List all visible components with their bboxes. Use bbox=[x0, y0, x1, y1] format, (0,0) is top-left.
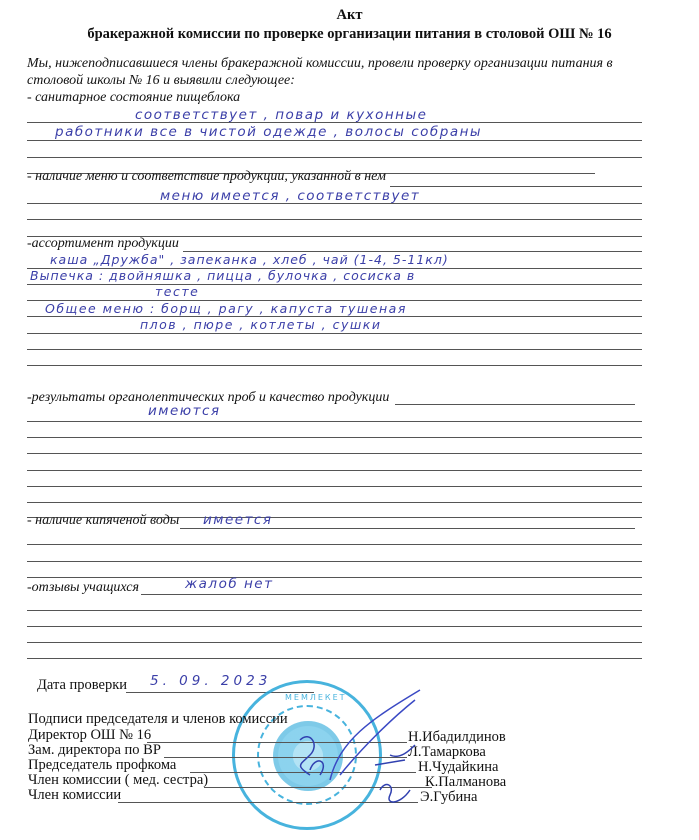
form-line bbox=[27, 157, 642, 158]
signature-role-member: Член комиссии bbox=[28, 787, 121, 804]
sanitary-handwritten-2: работники все в чистой одежде , волосы с… bbox=[55, 124, 482, 140]
form-line bbox=[27, 365, 642, 366]
signatures-heading: Подписи председателя и членов комиссии bbox=[28, 711, 288, 728]
form-line bbox=[27, 421, 642, 422]
form-line bbox=[27, 140, 642, 141]
date-value: 5. 09. 2023 bbox=[150, 673, 271, 689]
form-line bbox=[27, 502, 642, 503]
menu-handwritten: меню имеется , соответствует bbox=[160, 188, 420, 204]
form-line bbox=[180, 528, 635, 529]
assortment-handwritten-1: каша „Дружба" , запеканка , хлеб , чай (… bbox=[50, 252, 449, 267]
assortment-label: -ассортимент продукции bbox=[27, 236, 179, 252]
document-title: Акт bbox=[0, 7, 699, 24]
form-line bbox=[27, 437, 642, 438]
water-label: - наличие кипяченой воды bbox=[27, 513, 179, 529]
form-line bbox=[141, 594, 642, 595]
form-line bbox=[27, 486, 642, 487]
menu-label: - наличие меню и соответствие продукции,… bbox=[27, 169, 386, 185]
assortment-handwritten-3: тесте bbox=[155, 284, 199, 299]
assortment-handwritten-2: Выпечка : двойняшка , пицца , булочка , … bbox=[30, 268, 415, 283]
form-line bbox=[27, 219, 642, 220]
form-line bbox=[27, 577, 642, 578]
assortment-handwritten-5: плов , пюре , котлеты , сушки bbox=[140, 317, 381, 332]
document-subtitle: бракеражной комиссии по проверке организ… bbox=[0, 26, 699, 43]
form-line bbox=[395, 404, 635, 405]
form-line bbox=[27, 284, 642, 285]
assortment-handwritten-4: Общее меню : борщ , рагу , капуста тушен… bbox=[45, 301, 407, 316]
intro-line-1: Мы, нижеподписавшиеся члены бракеражной … bbox=[27, 56, 613, 72]
form-line bbox=[390, 186, 642, 187]
sanitary-handwritten-1: соответствует , повар и кухонные bbox=[135, 107, 427, 123]
form-line bbox=[27, 544, 642, 545]
form-line bbox=[27, 658, 642, 659]
feedback-label: -отзывы учащихся bbox=[27, 580, 139, 596]
form-line bbox=[27, 561, 642, 562]
feedback-handwritten: жалоб нет bbox=[185, 576, 273, 592]
water-handwritten: имеется bbox=[203, 512, 272, 528]
form-line bbox=[27, 453, 642, 454]
form-line bbox=[27, 333, 642, 334]
form-line bbox=[27, 349, 642, 350]
intro-line-2: столовой школы № 16 и выявили следующее: bbox=[27, 73, 295, 89]
form-line bbox=[27, 642, 642, 643]
signatures-scribbles-icon bbox=[280, 680, 430, 810]
sanitary-label: - санитарное состояние пищеблока bbox=[27, 90, 240, 106]
organoleptic-handwritten: имеются bbox=[148, 403, 221, 419]
form-line bbox=[27, 610, 642, 611]
form-line bbox=[27, 626, 642, 627]
date-label: Дата проверки bbox=[37, 677, 127, 694]
form-line bbox=[27, 470, 642, 471]
